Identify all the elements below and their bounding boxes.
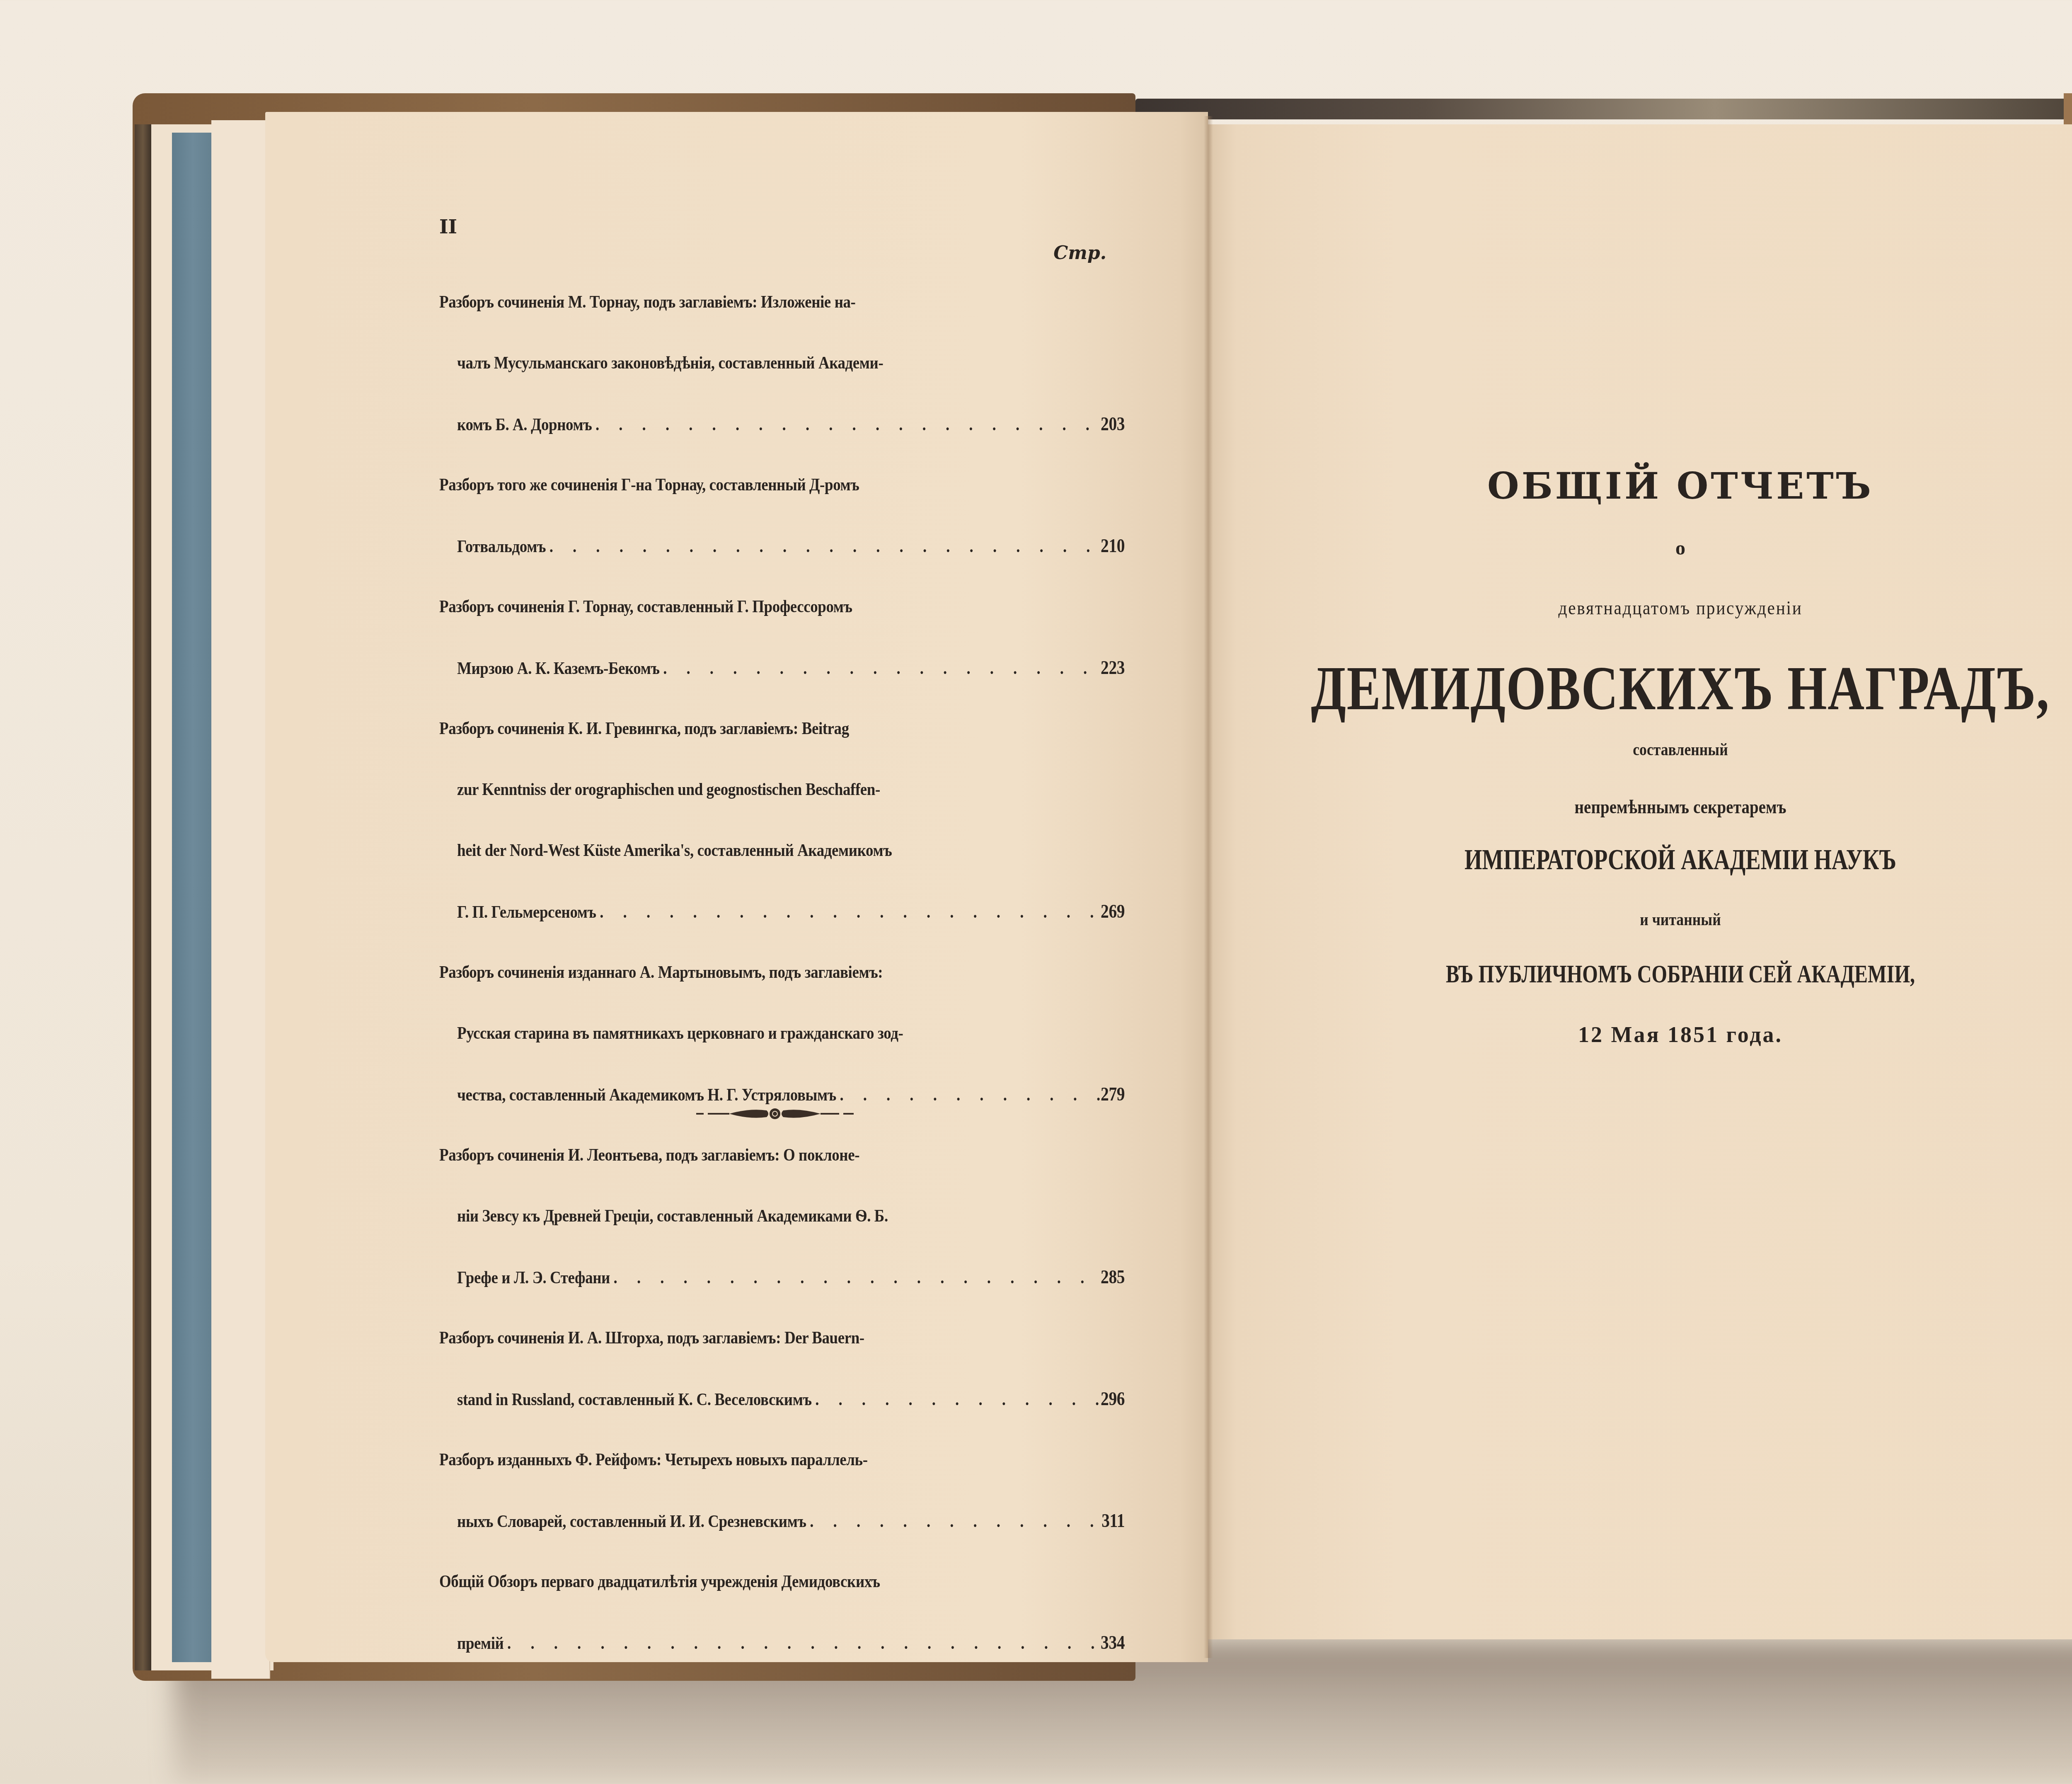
toc-entry: Разборъ изданныхъ Ф. Рейфомъ: Четырехъ н…	[439, 1429, 1109, 1551]
table-of-contents: Разборъ сочиненія М. Торнау, подъ заглав…	[439, 271, 1109, 1673]
toc-page-number: 285	[1101, 1246, 1125, 1307]
toc-line-text: Г. П. Гельмерсеномъ	[457, 882, 596, 943]
toc-line-text: Разборъ того же сочиненія Г-на Торнау, с…	[439, 454, 859, 515]
dot-leader: . . . . . . . . . . . . . . . . . . . . …	[610, 1247, 1101, 1308]
dot-leader: . . . . . . . . . . . . . . . . . . . . …	[660, 638, 1101, 699]
title-preposition: о	[1208, 537, 2072, 560]
toc-line-text: Мирзою А. К. Каземъ-Бекомъ	[457, 638, 660, 699]
title-meeting-line: ВЪ ПУБЛИЧНОМЪ СОБРАНІИ СЕЙ АКАДЕМІИ,	[1312, 960, 2049, 989]
page-column-header: Стр.	[1053, 242, 1106, 264]
toc-line-text: ніи Зевсу къ Древней Греціи, составленны…	[457, 1185, 888, 1246]
toc-line-text: Русская старина въ памятникахъ церковнаг…	[457, 1003, 903, 1064]
book-gutter	[1204, 116, 1213, 1658]
title-secretary-line: непремѣннымъ секретаремъ	[1279, 796, 2072, 818]
toc-page-number: 203	[1101, 393, 1125, 454]
title-date: 12 Мая 1851 года.	[1208, 1022, 2072, 1047]
toc-page-number: 279	[1101, 1064, 1125, 1125]
dot-leader: . . . . . . . . . . . . . . . . . . . . …	[503, 1613, 1101, 1674]
toc-entry: Разборъ сочиненія Г. Торнау, составленны…	[439, 576, 1109, 698]
toc-page-number: 334	[1101, 1612, 1125, 1673]
toc-entry: Разборъ сочиненія М. Торнау, подъ заглав…	[439, 271, 1109, 454]
title-read-line: и читанный	[1279, 910, 2072, 930]
toc-entry: Разборъ того же сочиненія Г-на Торнау, с…	[439, 454, 1109, 576]
toc-entry: Разборъ сочиненія И. Леонтьева, подъ заг…	[439, 1125, 1109, 1307]
toc-line-text: ныхъ Словарей, составленный И. И. Срезне…	[457, 1491, 806, 1552]
toc-line-text: Готвальдомъ	[457, 516, 546, 577]
toc-line-text: комъ Б. А. Дорномъ	[457, 394, 592, 455]
toc-page-number: 311	[1101, 1490, 1125, 1551]
toc-entry: Разборъ сочиненія И. А. Шторха, подъ заг…	[439, 1307, 1109, 1429]
book-top-edge	[1135, 99, 2072, 119]
right-page	[1208, 124, 2072, 1639]
toc-line-text: чалъ Мусульманскаго законовѣдѣнія, соста…	[457, 332, 883, 393]
toc-line-text: Разборъ сочиненія К. И. Гревингка, подъ …	[439, 698, 849, 759]
dot-leader: . . . . . . . . . . . . . . . . . . . . …	[592, 394, 1101, 455]
toc-page-number: 223	[1101, 637, 1125, 698]
title-academy-line: ИМПЕРАТОРСКОЙ АКАДЕМІИ НАУКЪ	[1312, 844, 2049, 877]
toc-line-text: Разборъ сочиненія И. Леонтьева, подъ заг…	[439, 1125, 859, 1185]
blue-endpaper-strip	[172, 133, 213, 1662]
toc-line-text: премій	[457, 1613, 503, 1674]
book-cover-right-corner	[2064, 93, 2072, 126]
title-ordinal-line: девятнадцатомъ присужденіи	[1255, 597, 2072, 619]
toc-line-text: stand in Russland, составленный К. С. Ве…	[457, 1369, 812, 1430]
title-composed-line: составленный	[1279, 740, 2072, 760]
spine-edge	[135, 124, 151, 1670]
dot-leader: . . . . . . . . . . . . . . . . . . . . …	[806, 1491, 1102, 1552]
toc-line-text: zur Kenntniss der orographischen und geo…	[457, 759, 880, 820]
dot-leader: . . . . . . . . . . . . . . . . . . . . …	[812, 1369, 1101, 1430]
dot-leader: . . . . . . . . . . . . . . . . . . . . …	[546, 516, 1101, 577]
page-folio: II	[439, 216, 457, 238]
toc-page-number: 269	[1101, 881, 1125, 942]
toc-entry: Разборъ сочиненія изданнаго А. Мартыновы…	[439, 942, 1109, 1125]
ornament-divider-icon	[696, 1100, 854, 1125]
dot-leader: . . . . . . . . . . . . . . . . . . . . …	[596, 882, 1101, 943]
toc-entry: Общій Обзоръ перваго двадцатилѣтія учреж…	[439, 1551, 1109, 1673]
toc-line-text: Разборъ сочиненія изданнаго А. Мартыновы…	[439, 942, 883, 1003]
toc-line-text: Общій Обзоръ перваго двадцатилѣтія учреж…	[439, 1551, 880, 1612]
title-main-heading: ДЕМИДОВСКИХЪ НАГРАДЪ,	[1293, 653, 2068, 724]
toc-entry: Разборъ сочиненія К. И. Гревингка, подъ …	[439, 698, 1109, 942]
toc-page-number: 296	[1101, 1368, 1125, 1429]
toc-line-text: Разборъ изданныхъ Ф. Рейфомъ: Четырехъ н…	[439, 1429, 868, 1490]
toc-line-text: Разборъ сочиненія М. Торнау, подъ заглав…	[439, 271, 855, 332]
title-heading: ОБЩІЙ ОТЧЕТЪ	[1208, 464, 2072, 507]
toc-line-text: Разборъ сочиненія И. А. Шторха, подъ заг…	[439, 1307, 864, 1368]
flyleaf	[211, 120, 270, 1679]
dot-leader: . . . . . . . . . . . . . . . . . . . . …	[836, 1064, 1101, 1125]
toc-line-text: Грефе и Л. Э. Стефани	[457, 1247, 610, 1308]
toc-line-text: heit der Nord-West Küste Amerika's, сост…	[457, 820, 892, 881]
toc-line-text: Разборъ сочиненія Г. Торнау, составленны…	[439, 576, 852, 637]
toc-page-number: 210	[1101, 515, 1125, 576]
